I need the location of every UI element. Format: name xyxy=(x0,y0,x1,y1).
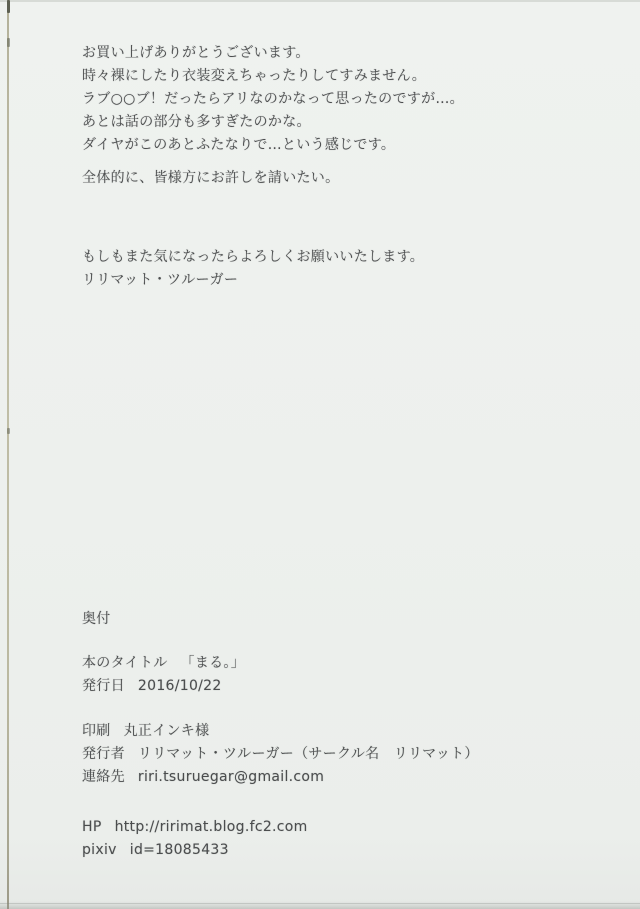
afterword-closing-line: もしもまた気になったらよろしくお願いいたします。 xyxy=(82,246,464,269)
page-scan: お買い上げありがとうございます。 時々裸にしたり衣装変えちゃったりしてすみません… xyxy=(0,0,640,909)
spacer xyxy=(82,789,479,816)
contact-email: riri.tsuruegar@gmail.com xyxy=(138,766,324,789)
contact-row: 連絡先 riri.tsuruegar@gmail.com xyxy=(82,766,479,789)
spacer xyxy=(82,631,479,652)
publisher-label: 発行者 xyxy=(82,743,125,766)
binding-tick-top xyxy=(7,0,10,13)
colophon-heading: 奥付 xyxy=(82,608,479,631)
pixiv-id: id=18085433 xyxy=(130,839,229,862)
spacer xyxy=(82,157,464,167)
homepage-url: http://ririmat.blog.fc2.com xyxy=(115,816,308,839)
printer-row: 印刷 丸正インキ様 xyxy=(82,720,479,743)
printer-value: 丸正インキ様 xyxy=(124,720,210,743)
publisher-value: リリマット・ツルーガー（サークル名 リリマット） xyxy=(138,743,479,766)
publish-date-label: 発行日 xyxy=(82,675,125,698)
publish-date-row: 発行日 2016/10/22 xyxy=(82,675,479,698)
afterword-line: ダイヤがこのあとふたなりで…という感じです。 xyxy=(82,134,464,157)
afterword-apology-line: 全体的に、皆様方にお許しを請いたい。 xyxy=(82,167,464,190)
book-title-row: 本のタイトル 「まる。」 xyxy=(82,652,479,675)
publish-date-value: 2016/10/22 xyxy=(138,675,222,698)
scan-top-edge xyxy=(0,0,640,2)
scan-bottom-edge xyxy=(0,901,640,909)
afterword-line: お買い上げありがとうございます。 xyxy=(82,42,464,65)
binding-tick-mid xyxy=(7,428,10,434)
author-name: リリマット・ツルーガー xyxy=(82,269,464,292)
page-binding-edge-line xyxy=(7,0,9,909)
homepage-row: HP http://ririmat.blog.fc2.com xyxy=(82,816,479,839)
pixiv-row: pixiv id=18085433 xyxy=(82,839,479,862)
afterword-text-block: お買い上げありがとうございます。 時々裸にしたり衣装変えちゃったりしてすみません… xyxy=(82,42,464,292)
afterword-line: ラブ○○ブ！だったらアリなのかなって思ったのですが…。 xyxy=(82,88,464,111)
printer-label: 印刷 xyxy=(82,720,111,743)
book-title-label: 本のタイトル xyxy=(82,652,168,675)
homepage-label: HP xyxy=(82,816,102,839)
book-title-value: 「まる。」 xyxy=(181,652,246,675)
colophon-block: 奥付 本のタイトル 「まる。」 発行日 2016/10/22 印刷 丸正インキ様… xyxy=(82,608,479,862)
scanned-afterword-page: { "page": { "background_color": "#edf0ed… xyxy=(0,0,640,909)
contact-label: 連絡先 xyxy=(82,766,125,789)
pixiv-label: pixiv xyxy=(82,839,117,862)
afterword-line: あとは話の部分も多すぎたのかな。 xyxy=(82,111,464,134)
binding-tick-upper xyxy=(7,38,10,47)
spacer xyxy=(82,698,479,720)
publisher-row: 発行者 リリマット・ツルーガー（サークル名 リリマット） xyxy=(82,743,479,766)
afterword-line: 時々裸にしたり衣装変えちゃったりしてすみません。 xyxy=(82,65,464,88)
spacer xyxy=(82,190,464,246)
